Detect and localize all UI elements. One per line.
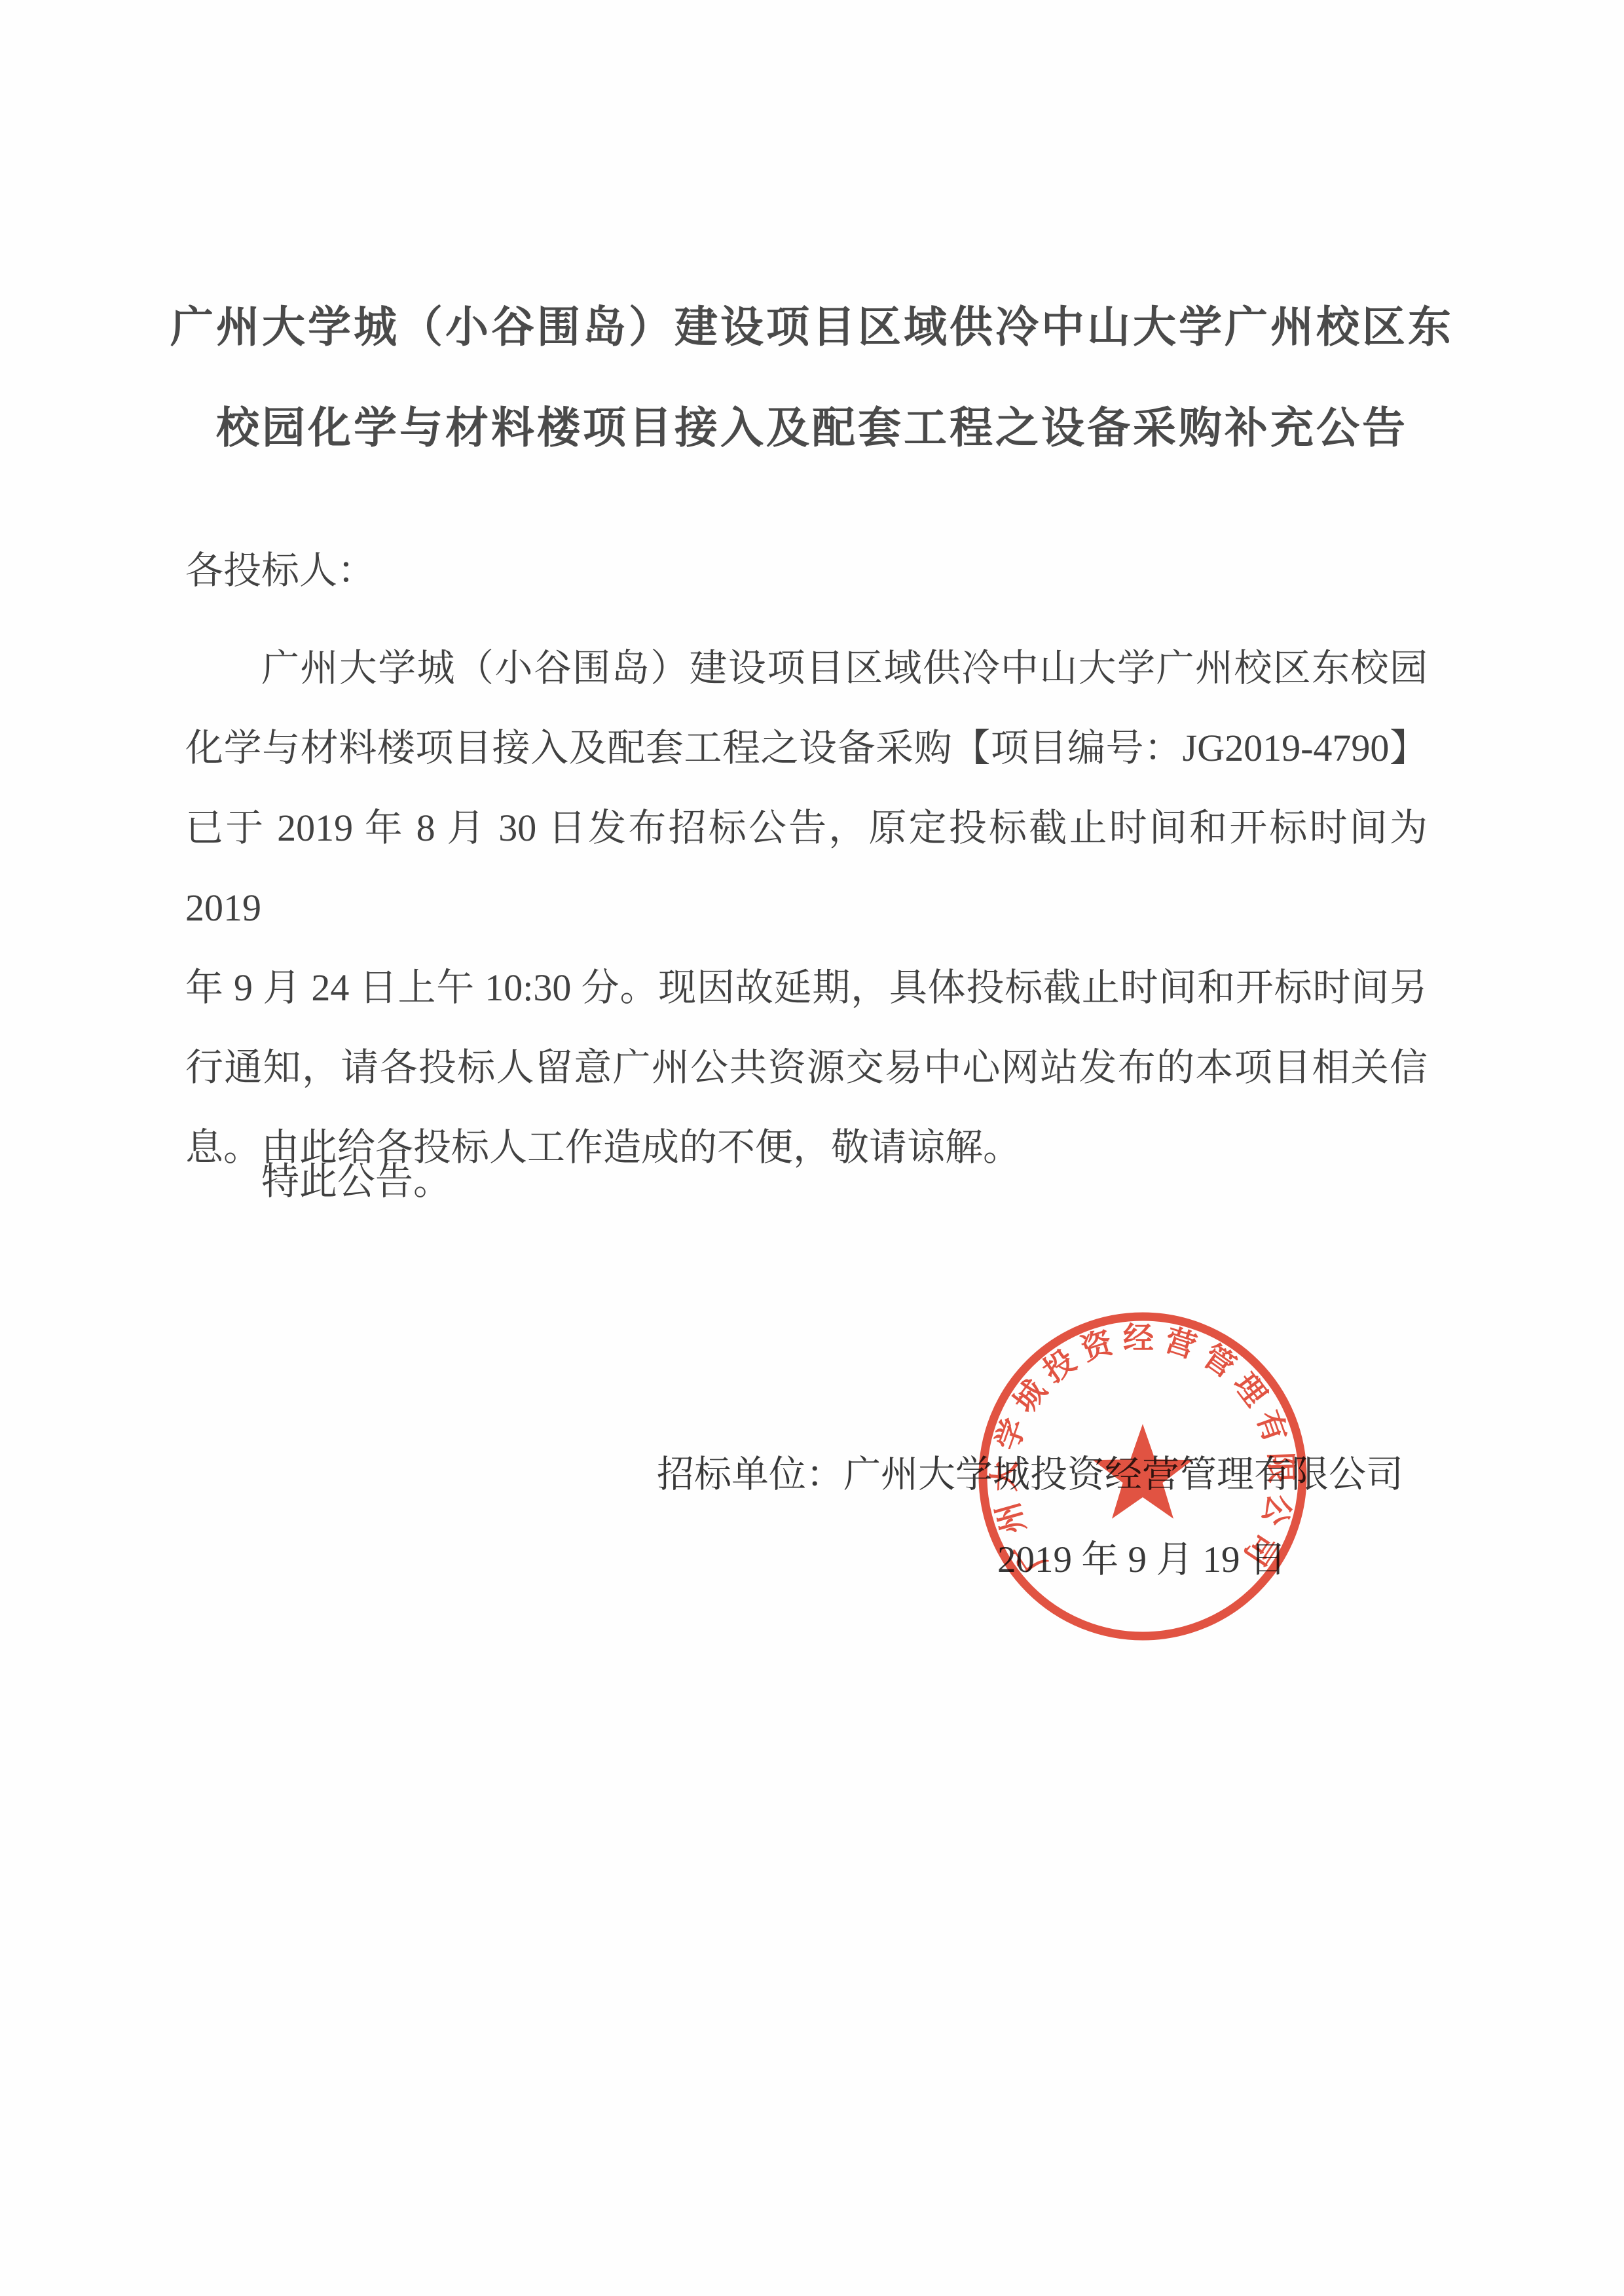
- title-line-2: 校园化学与材料楼项目接入及配套工程之设备采购补充公告: [0, 378, 1624, 479]
- paragraph-line: 广州大学城（小谷围岛）建设项目区域供冷中山大学广州校区东校园: [185, 629, 1428, 708]
- paragraph-line: 行通知，请各投标人留意广州公共资源交易中心网站发布的本项目相关信: [185, 1028, 1428, 1108]
- paragraph-line: 年 9 月 24 日上午 10:30 分。现因故延期，具体投标截止时间和开标时间…: [185, 948, 1428, 1028]
- salutation: 各投标人：: [185, 552, 375, 590]
- official-seal-stamp: 广州大学城投资经营管理有限公司: [972, 1300, 1313, 1653]
- closing-line: 特此公告。: [185, 1163, 451, 1201]
- title-line-1: 广州大学城（小谷围岛）建设项目区域供冷中山大学广州校区东: [0, 278, 1624, 378]
- paragraph-line: 已于 2019 年 8 月 30 日发布招标公告，原定投标截止时间和开标时间为 …: [185, 788, 1428, 948]
- document-title: 广州大学城（小谷围岛）建设项目区域供冷中山大学广州校区东 校园化学与材料楼项目接…: [0, 278, 1624, 479]
- star-icon: [1093, 1424, 1192, 1519]
- paragraph-line: 化学与材料楼项目接入及配套工程之设备采购【项目编号：JG2019-4790】: [185, 708, 1428, 788]
- body-paragraph: 广州大学城（小谷围岛）建设项目区域供冷中山大学广州校区东校园 化学与材料楼项目接…: [185, 629, 1428, 1188]
- document-page: 广州大学城（小谷围岛）建设项目区域供冷中山大学广州校区东 校园化学与材料楼项目接…: [0, 0, 1624, 2296]
